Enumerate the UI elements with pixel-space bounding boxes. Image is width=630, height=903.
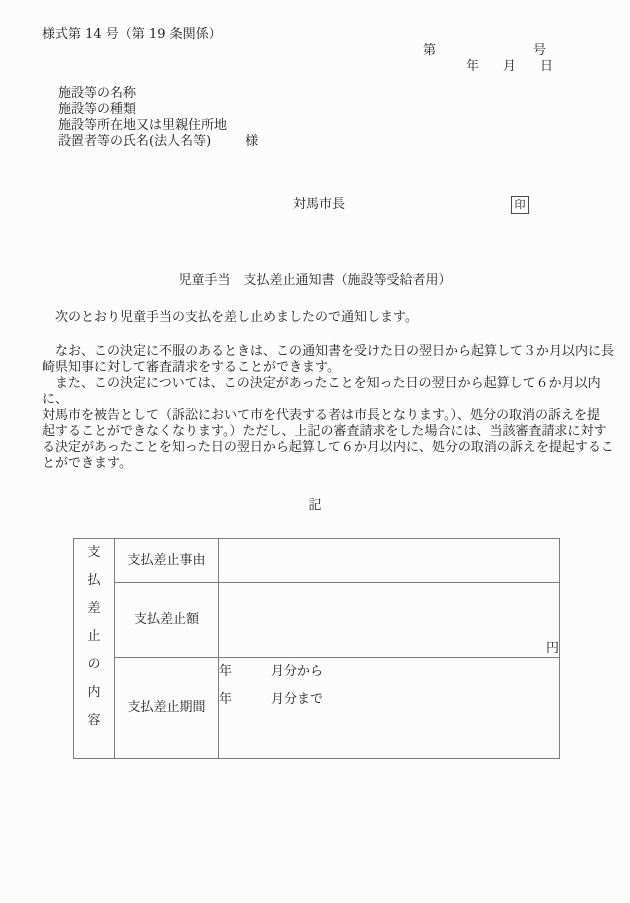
honorific-label: 様 xyxy=(245,134,258,149)
sender-title: 対馬市長 xyxy=(293,197,345,213)
date-day-label: 日 xyxy=(540,59,553,75)
document-number-line: 第 号 xyxy=(423,43,546,59)
date-year-label: 年 xyxy=(466,59,479,75)
yen-unit-label: 円 xyxy=(546,641,559,656)
document-title: 児童手当 支払差止通知書（施設等受給者用） xyxy=(0,273,630,289)
recipient-block: 施設等の名称 施設等の種類 施設等所在地又は里親住所地 設置者等の氏名(法人名等… xyxy=(58,86,258,150)
doc-number-prefix: 第 xyxy=(423,43,436,59)
value-suspension-amount: 円 xyxy=(219,583,560,658)
value-suspension-period: 年 月分から 年 月分まで xyxy=(219,658,560,759)
value-suspension-reason xyxy=(219,539,560,583)
recipient-facility-name-label: 施設等の名称 xyxy=(58,86,258,102)
date-line: 年 月 日 xyxy=(466,59,553,75)
period-from-line: 年 月分から xyxy=(219,658,559,686)
recipient-name-line: 設置者等の氏名(法人名等)様 xyxy=(58,134,258,150)
section-marker: 記 xyxy=(0,498,630,514)
seal-mark: 印 xyxy=(511,196,529,214)
table-row-amount: 支払差止額 円 xyxy=(74,583,560,658)
form-number: 様式第 14 号（第 19 条関係） xyxy=(42,27,222,43)
doc-number-suffix: 号 xyxy=(533,43,546,59)
row-group-header: 支 払 差 止 の 内 容 xyxy=(74,539,115,759)
label-suspension-period: 支払差止期間 xyxy=(115,658,219,759)
table-row-period: 支払差止期間 年 月分から 年 月分まで xyxy=(74,658,560,759)
label-suspension-amount: 支払差止額 xyxy=(115,583,219,658)
table-row-reason: 支 払 差 止 の 内 容 支払差止事由 xyxy=(74,539,560,583)
recipient-name-label: 設置者等の氏名(法人名等) xyxy=(58,134,211,149)
recipient-facility-type-label: 施設等の種類 xyxy=(58,102,258,118)
label-suspension-reason: 支払差止事由 xyxy=(115,539,219,583)
suspension-details-table: 支 払 差 止 の 内 容 支払差止事由 支払差止額 円 支払差止期間 年 月分… xyxy=(73,538,560,759)
appeal-notice-paragraph: なお、この決定に不服のあるときは、この通知書を受けた日の翌日から起算して３か月以… xyxy=(42,344,614,472)
document-page: 様式第 14 号（第 19 条関係） 第 号 年 月 日 施設等の名称 施設等の… xyxy=(0,0,630,903)
date-month-label: 月 xyxy=(503,59,516,75)
intro-paragraph: 次のとおり児童手当の支払を差し止めましたので通知します。 xyxy=(42,310,614,326)
recipient-address-label: 施設等所在地又は里親住所地 xyxy=(58,118,258,134)
period-to-line: 年 月分まで xyxy=(219,686,559,714)
